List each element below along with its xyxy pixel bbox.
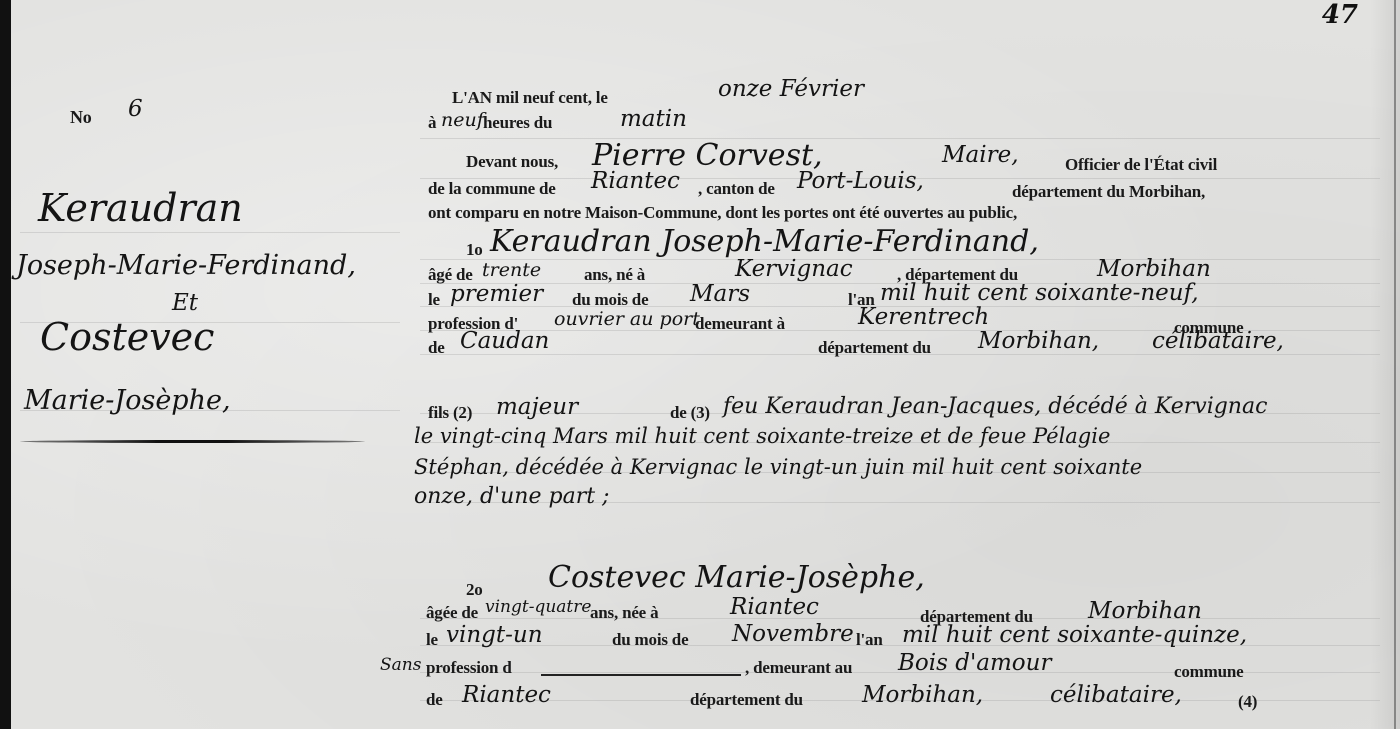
bride-res-dept-label: département du [690,690,803,710]
groom-parents-line-2: le vingt-cinq Mars mil huit cent soixant… [414,424,1110,448]
groom-profession: ouvrier au port [554,308,700,330]
ruled-line [420,138,1380,139]
groom-majority: majeur [496,394,578,420]
groom-commune: Caudan [460,328,549,354]
folio-number: 47 [1322,0,1358,30]
header-printed-hours: heures du [483,113,552,133]
header-commune-label: de la commune de [428,179,556,199]
header-printed-year: L'AN mil neuf cent, le [452,88,608,108]
header-public-clause: ont comparu en notre Maison-Commune, don… [428,203,1017,223]
bride-res-department: Morbihan, [862,682,983,708]
margin-groom-surname: Keraudran [38,186,243,230]
groom-age: trente [482,259,541,281]
marriage-time-of-day: matin [620,106,687,132]
margin-bride-surname: Costevec [40,315,214,359]
groom-birth-day: premier [450,281,543,307]
margin-divider-line [20,440,365,443]
bride-profession-margin-note: Sans [380,655,421,675]
groom-commune-prefix: de [428,338,445,358]
bride-year-label: l'an [856,630,883,650]
groom-birthplace: Kervignac [735,256,853,282]
groom-residence: Kerentrech [858,304,989,330]
bride-commune: Riantec [462,682,551,708]
bride-birth-department: Morbihan [1088,598,1202,624]
officer-title: Maire, [942,142,1019,168]
ruled-line [20,232,400,233]
book-binding-edge [0,0,11,729]
bride-birth-day: vingt-un [446,622,543,648]
groom-son-label: fils (2) [428,403,472,423]
marriage-hour: neuf [441,109,484,131]
bride-birth-month: Novembre [732,621,854,647]
bride-born-label: ans, née à [590,603,658,623]
groom-parents-line-4: onze, d'une part ; [414,484,609,509]
groom-residence-label: demeurant à [695,314,785,334]
bride-residence-label: , demeurant au [745,658,852,678]
bride-day-label: le [426,630,438,650]
margin-bride-given-names: Marie-Josèphe, [24,385,231,416]
groom-index: 1o [466,240,483,260]
bride-birth-year: mil huit cent soixante-quinze, [902,622,1247,648]
header-before-us: Devant nous, [466,152,558,172]
bride-full-name: Costevec Marie-Josèphe, [548,560,925,595]
bride-index: 2o [466,580,483,600]
groom-month-label: du mois de [572,290,648,310]
page-right-edge [1394,0,1396,729]
bride-residence: Bois d'amour [898,650,1051,676]
groom-parents-line-1: feu Keraudran Jean-Jacques, décédé à Ker… [723,394,1267,419]
register-page: 47 No 6 Keraudran Joseph-Marie-Ferdinand… [0,0,1400,729]
bride-birthplace: Riantec [730,594,819,620]
ruled-line [420,259,1380,260]
header-printed-a: à [428,113,436,133]
margin-conjunction: Et [172,290,198,316]
groom-birth-month: Mars [690,281,750,307]
canton-name: Port-Louis, [797,168,924,194]
bride-age: vingt-quatre [485,597,591,617]
bride-month-label: du mois de [612,630,688,650]
act-number-label: No [70,107,92,128]
bride-footnote-marker: (4) [1238,692,1257,712]
header-canton-label: , canton de [698,179,775,199]
bride-commune-prefix: de [426,690,443,710]
bride-profession-blank [541,674,741,676]
bride-marital-status: célibataire, [1050,682,1182,708]
groom-birth-department: Morbihan [1097,256,1211,282]
act-number-value: 6 [128,96,143,122]
groom-birth-year: mil huit cent soixante-neuf, [880,280,1199,306]
groom-parents-line-3: Stéphan, décédée à Kervignac le vingt-un… [414,455,1142,479]
bride-age-label: âgée de [426,603,478,623]
groom-born-label: ans, né à [584,265,645,285]
groom-day-label: le [428,290,440,310]
bride-profession-label: profession d [426,658,512,678]
header-department-label: département du Morbihan, [1012,182,1205,202]
groom-full-name: Keraudran Joseph-Marie-Ferdinand, [490,224,1039,259]
groom-of-label: de (3) [670,403,710,423]
groom-marital-status: célibataire, [1152,328,1284,354]
ruled-line [420,618,1380,619]
header-officer-label: Officier de l'État civil [1065,155,1217,175]
commune-name: Riantec [591,168,680,194]
marriage-date: onze Février [718,76,864,102]
margin-groom-given-names: Joseph-Marie-Ferdinand, [16,250,356,281]
bride-commune-label: commune [1174,662,1243,682]
groom-res-dept-label: département du [818,338,931,358]
groom-res-department: Morbihan, [978,328,1099,354]
